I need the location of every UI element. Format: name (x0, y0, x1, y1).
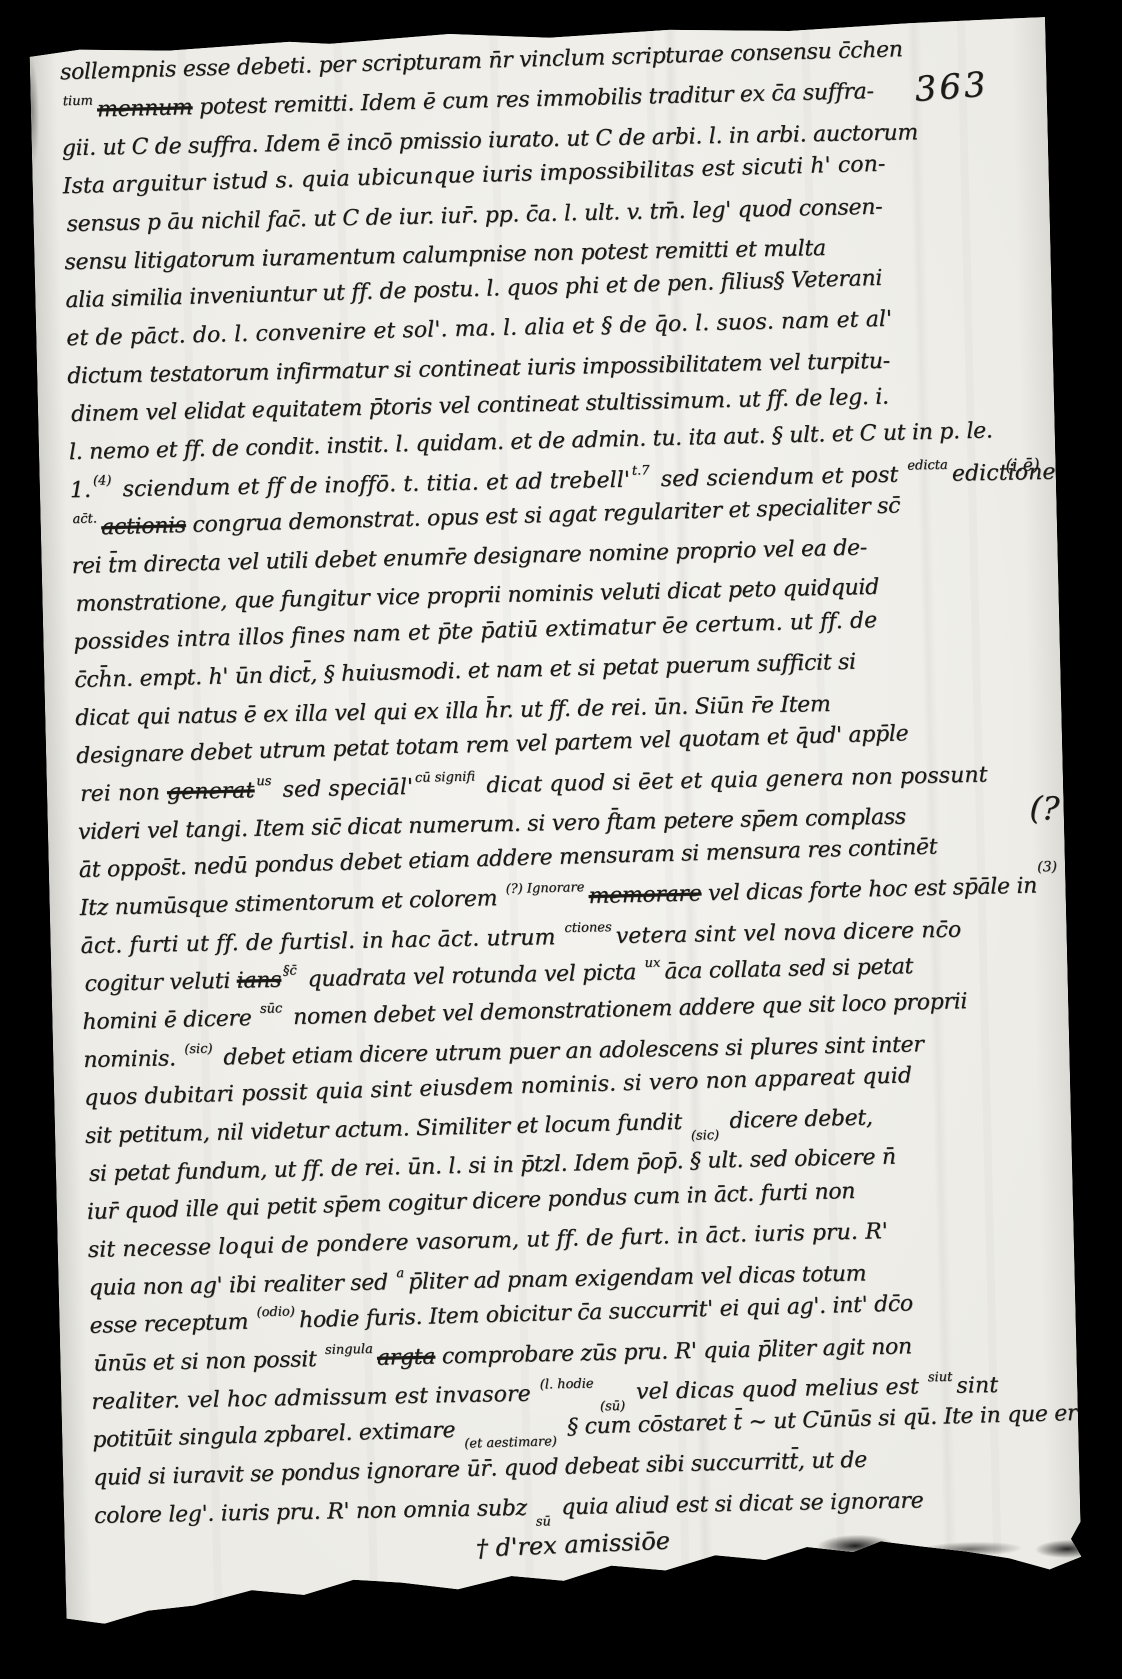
manuscript-segment-strike: actionis (101, 513, 186, 540)
manuscript-segment-strike: mennum (97, 95, 193, 122)
manuscript-segment: sed speciāl' (275, 775, 413, 803)
margin-note-ie: (i.ē) (1005, 455, 1040, 476)
manuscript-segment-sup: (sic) (184, 1050, 212, 1051)
manuscript-segment-strike: memorare (588, 881, 701, 909)
manuscript-segment: colore leg'. iuris pru. R' non omnia sub… (94, 1496, 534, 1529)
manuscript-segment-sub: (sic) (691, 1136, 719, 1137)
manuscript-segment: comprobare zūs pru. R' quia p̄liter agi… (435, 1334, 912, 1369)
manuscript-segment: esse receptum (89, 1309, 255, 1339)
manuscript-segment: Itz numūsque stimentorum et colorem (79, 886, 504, 921)
manuscript-segment-sup: edicta (907, 466, 947, 467)
manuscript-segment-sup: cū signifi (415, 777, 475, 778)
manuscript-segment-sup: tium (63, 101, 93, 102)
manuscript-segment: quia aliud est si dicat se ignorare (554, 1488, 923, 1520)
manuscript-segment-sup: (l. hodie (540, 1384, 594, 1385)
manuscript-segment: 1. (70, 478, 92, 503)
margin-note-query: (? (1029, 789, 1060, 828)
manuscript-segment: nominis. (83, 1046, 183, 1073)
manuscript-segment-sup: ac̄t. (73, 519, 97, 520)
manuscript-segment: rei non (80, 780, 167, 807)
manuscript-segment: vel dicas forte hoc est sp̄āle in (701, 873, 1037, 906)
manuscript-segment: homini ē dicere (82, 1006, 258, 1035)
manuscript-segment: dicat quod si ēet et quia genera non po… (479, 762, 988, 798)
manuscript-segment-sup: ctiones (564, 928, 611, 929)
scan-background: 363 sollempnis esse debeti. per scriptur… (0, 0, 1122, 1679)
manuscript-segment: dicere debet, (723, 1105, 873, 1134)
manuscript-segment: sit petitum, nil videtur actum. Similite… (85, 1110, 689, 1149)
manuscript-segment: vetera sint vel nova dicere nc̄o (616, 918, 962, 949)
manuscript-segment: sint (956, 1373, 998, 1399)
manuscript-segment: quia non ag' ibi realiter sed (88, 1270, 394, 1301)
manuscript-segment: ūnūs et si non possit (93, 1347, 323, 1377)
manuscript-segment: cogitur veluti (84, 969, 237, 997)
manuscript-segment: āca collata sed si petat (664, 954, 913, 984)
manuscript-segment-sup: singula (325, 1350, 373, 1351)
manuscript-segment: realiter. vel hoc admissum est invasore (91, 1382, 538, 1415)
manuscript-lines: sollempnis esse debeti. per scripturam n… (60, 31, 1071, 1536)
manuscript-segment: § cum cōstaret t̄ ~ ut Cūnūs si qū. … (560, 1400, 1117, 1440)
manuscript-segment-sup: sūc (260, 1009, 282, 1010)
manuscript-segment-sup: (odio) (257, 1312, 295, 1313)
margin-note-3: (3) (1037, 859, 1057, 875)
manuscript-segment-sup: (?) Ignorare (506, 888, 585, 890)
manuscript-segment: potitūit singula zpbarel. extimare (92, 1418, 462, 1453)
manuscript-segment-strike: argta (377, 1344, 436, 1370)
manuscript-page: 363 sollempnis esse debeti. per scriptur… (29, 17, 1082, 1636)
manuscript-segment: āct. furti ut ff. de furtisl. in hac ā… (80, 925, 562, 959)
manuscript-segment-strike: generat (167, 778, 255, 805)
manuscript-segment: quadrata vel rotunda vel picta (301, 960, 643, 992)
manuscript-segment-strike: ians (236, 968, 281, 994)
manuscript-segment-sub: (et aestimare) (464, 1442, 557, 1445)
